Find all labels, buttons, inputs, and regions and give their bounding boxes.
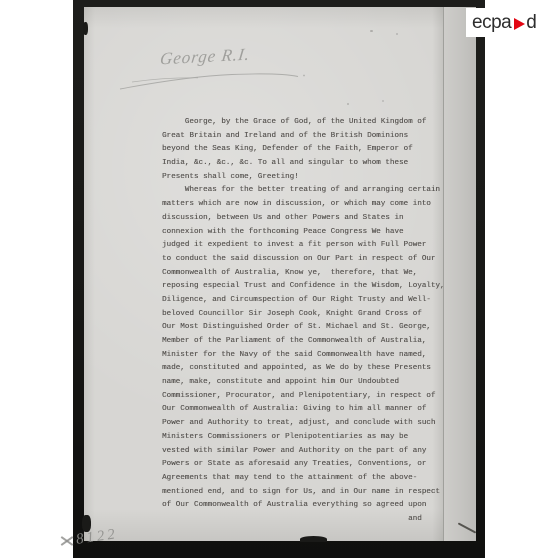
document-line: Powers or State as aforesaid any Treatie… — [162, 458, 445, 472]
document-line: made, constituted and appointed, as We d… — [162, 362, 445, 376]
document-line: Ministers Commissioners or Plenipotentia… — [162, 431, 445, 445]
ecpad-watermark: ecpa d — [466, 8, 558, 37]
dust-speck — [370, 30, 373, 32]
document-paper: George R.I. George, by the Grace of God,… — [84, 7, 443, 541]
document-line: name, make, constitute and appoint him O… — [162, 376, 445, 390]
document-line: Presents shall come, Greeting! — [162, 171, 445, 185]
document-line: Minister for the Navy of the said Common… — [162, 349, 445, 363]
document-line: Our Commonwealth of Australia: Giving to… — [162, 403, 445, 417]
document-line: to conduct the said discussion on Our Pa… — [162, 253, 445, 267]
ecpad-brand-left: ecpa — [472, 13, 511, 32]
frame-notch — [300, 536, 327, 542]
paper-edge-shadow — [443, 7, 476, 541]
signature-flourish — [118, 63, 318, 93]
document-line: discussion, between Us and other Powers … — [162, 212, 445, 226]
document-line: and — [162, 513, 445, 527]
typed-text-block: George, by the Grace of God, of the Unit… — [162, 116, 445, 527]
ecpad-brand-right: d — [526, 13, 536, 32]
document-line: beloved Councillor Sir Joseph Cook, Knig… — [162, 308, 445, 322]
document-line: Member of the Parliament of the Commonwe… — [162, 335, 445, 349]
document-line: George, by the Grace of God, of the Unit… — [162, 116, 445, 130]
document-line: reposing especial Trust and Confidence i… — [162, 280, 445, 294]
frame-notch — [83, 22, 88, 35]
document-line: of Our Commonwealth of Australia everyth… — [162, 499, 445, 513]
document-line: matters which are now in discussion, or … — [162, 198, 445, 212]
document-line: mentioned end, and to sign for Us, and i… — [162, 486, 445, 500]
dust-speck — [382, 100, 384, 102]
document-line: Commissioner, Procurator, and Plenipoten… — [162, 390, 445, 404]
document-line: Our Most Distinguished Order of St. Mich… — [162, 321, 445, 335]
document-line: judged it expedient to invest a fit pers… — [162, 239, 445, 253]
document-line: Great Britain and Ireland and of the Bri… — [162, 130, 445, 144]
document-line: vested with similar Power and Authority … — [162, 445, 445, 459]
document-line: Whereas for the better treating of and a… — [162, 184, 445, 198]
document-line: Agreements that may tend to the attainme… — [162, 472, 445, 486]
scanned-photo: George R.I. George, by the Grace of God,… — [73, 0, 485, 558]
dust-speck — [396, 33, 398, 35]
document-line: Power and Authority to treat, adjust, an… — [162, 417, 445, 431]
document-line: Commonwealth of Australia, Know ye, ther… — [162, 267, 445, 281]
document-line: beyond the Seas King, Defender of the Fa… — [162, 143, 445, 157]
document-line: Diligence, and Circumspection of Our Rig… — [162, 294, 445, 308]
ecpad-arrow-icon — [514, 18, 525, 30]
document-line: connexion with the forthcoming Peace Con… — [162, 226, 445, 240]
document-line: India, &c., &c., &c. To all and singular… — [162, 157, 445, 171]
dust-speck — [347, 103, 349, 105]
